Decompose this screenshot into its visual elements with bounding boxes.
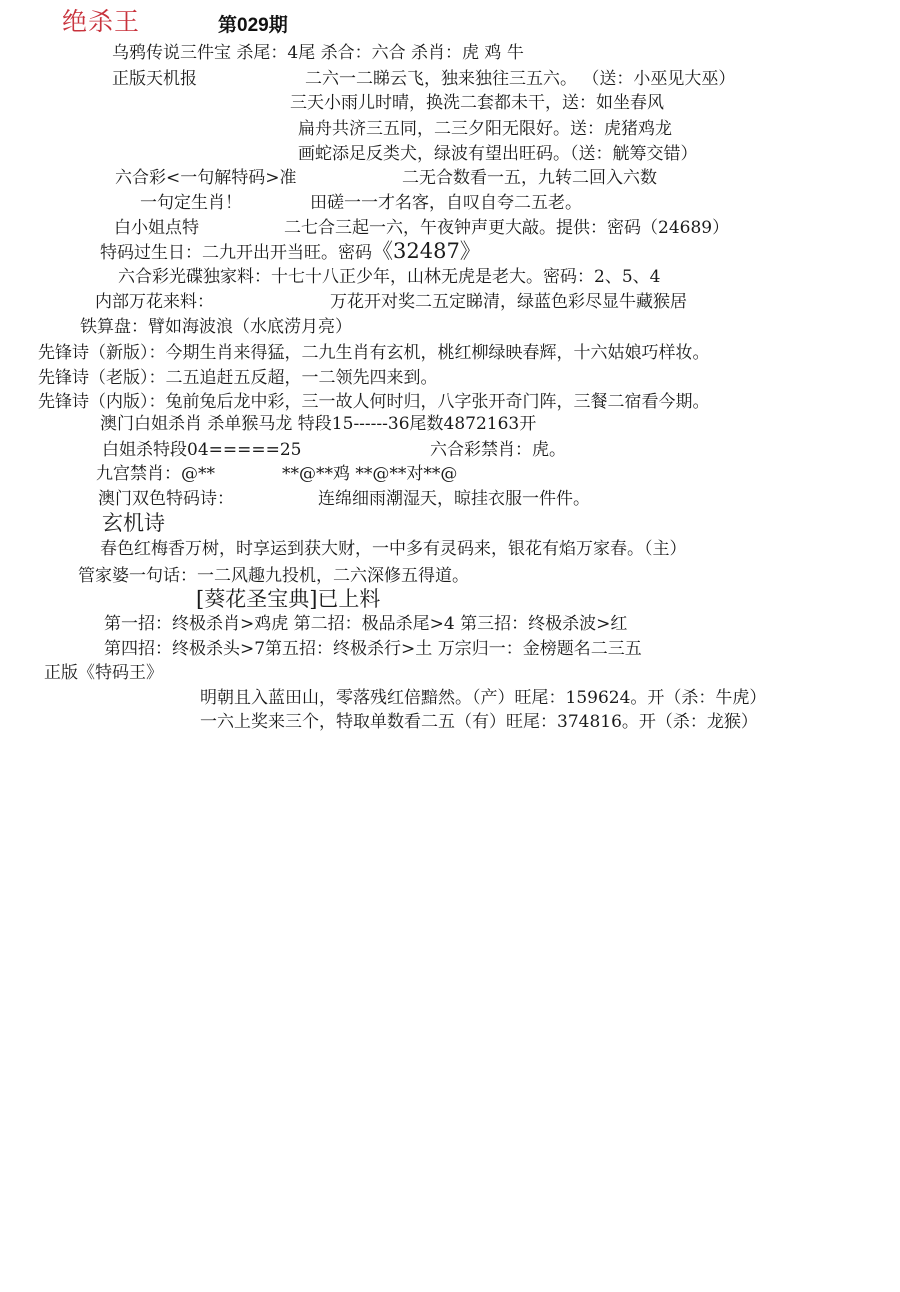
brand-title: 绝杀王 xyxy=(62,2,140,38)
line-tianji-4: 画蛇添足反类犬，绿波有望出旺码。（送：觥筹交错） xyxy=(298,143,698,165)
line-moves-2: 第四招：终极杀头>7第五招：终极杀行>土 万宗归一：金榜题名二三五 xyxy=(104,638,642,660)
line-liuhe-text: 二无合数看一五，九转二回入六数 xyxy=(402,167,657,189)
line-macau-poem-label: 澳门双色特码诗： xyxy=(98,488,234,510)
line-tianji-text: 二六一二睇云飞，独来独往三五六。 （送：小巫见大巫） xyxy=(305,68,735,90)
line-baixiaojie-text: 二七合三起一六，午夜钟声更大敲。提供：密码（24689） xyxy=(284,217,729,239)
line-macau-kill: 澳门白姐杀肖 杀单猴马龙 特段15------36尾数4872163开 xyxy=(100,413,536,435)
line-kuihua-title: [葵花圣宝典]已上料 xyxy=(196,588,380,610)
line-macau-poem-text: 连绵细雨潮湿天，晾挂衣服一件件。 xyxy=(318,488,590,510)
line-xuanji-text: 春色红梅香万树，时享运到获大财，一中多有灵码来，银花有焰万家春。（主） xyxy=(100,538,687,560)
line-liuhe-label: 六合彩<一句解特码>准 xyxy=(115,167,297,189)
line-baijie-text: 六合彩禁肖：虎。 xyxy=(430,439,566,461)
line-temawang-title: 正版《特码王》 xyxy=(44,662,163,684)
line-jiugong-label: 九宫禁肖：@** xyxy=(96,463,215,485)
line-wanhua-label: 内部万花来料： xyxy=(95,291,214,313)
line-birthday: 特码过生日：二九开出开当旺。密码《32487》 xyxy=(100,240,481,264)
line-baijie-label: 白姐杀特段04=====25 xyxy=(102,439,301,461)
line-tianji-3: 扁舟共济三五同，二三夕阳无限好。送：虎猪鸡龙 xyxy=(298,118,672,140)
issue-number: 第029期 xyxy=(218,10,288,37)
line-tianji-label: 正版天机报 xyxy=(112,68,197,90)
line-jiugong-text: **@**鸡 **@**对**@ xyxy=(282,463,457,485)
line-tiesuanpan: 铁算盘：臂如海波浪（水底涝月亮） xyxy=(80,316,352,338)
line-poem-new: 先锋诗（新版）：今期生肖来得猛，二九生肖有玄机，桃红柳绿映春辉，十六姑娘巧样妆。 xyxy=(38,342,710,364)
line-temawang-2: 一六上奖来三个，特取单数看二五（有）旺尾：374816。开（杀：龙猴） xyxy=(200,711,758,733)
line-moves-1: 第一招：终极杀肖>鸡虎 第二招：极品杀尾>4 第三招：终极杀波>红 xyxy=(104,613,627,635)
birthday-code: 《32487》 xyxy=(372,239,481,263)
line-crow-legend: 乌鸦传说三件宝 杀尾：4尾 杀合：六合 杀肖：虎 鸡 牛 xyxy=(112,42,524,64)
birthday-text: 特码过生日：二九开出开当旺。密码 xyxy=(100,243,372,263)
line-wanhua-text: 万花开对奖二五定睇清，绿蓝色彩尽显牛藏猴居 xyxy=(330,291,687,313)
line-zodiac-label: 一句定生肖！ xyxy=(140,192,242,214)
line-zodiac-text: 田磋一一才名客，自叹自夸二五老。 xyxy=(310,192,582,214)
line-temawang-1: 明朝且入蓝田山，零落残红倍黯然。（产）旺尾：159624。开（杀：牛虎） xyxy=(200,687,766,709)
line-cd-exclusive: 六合彩光碟独家料：十七十八正少年，山林无虎是老大。密码：2、5、4 xyxy=(118,266,660,288)
line-tianji-2: 三天小雨儿时晴，换洗二套都未干，送：如坐春风 xyxy=(290,92,664,114)
line-xuanji-title: 玄机诗 xyxy=(102,512,165,534)
line-poem-inner: 先锋诗（内版）：兔前兔后龙中彩，三一故人何时归，八字张开奇门阵，三餐二宿看今期。 xyxy=(38,391,710,413)
line-guanjiapo: 管家婆一句话：一二风趣九投机，二六深修五得道。 xyxy=(78,565,469,587)
line-baixiaojie-label: 白小姐点特 xyxy=(114,217,199,239)
line-poem-old: 先锋诗（老版）：二五追赶五反超，一二领先四来到。 xyxy=(38,367,438,389)
